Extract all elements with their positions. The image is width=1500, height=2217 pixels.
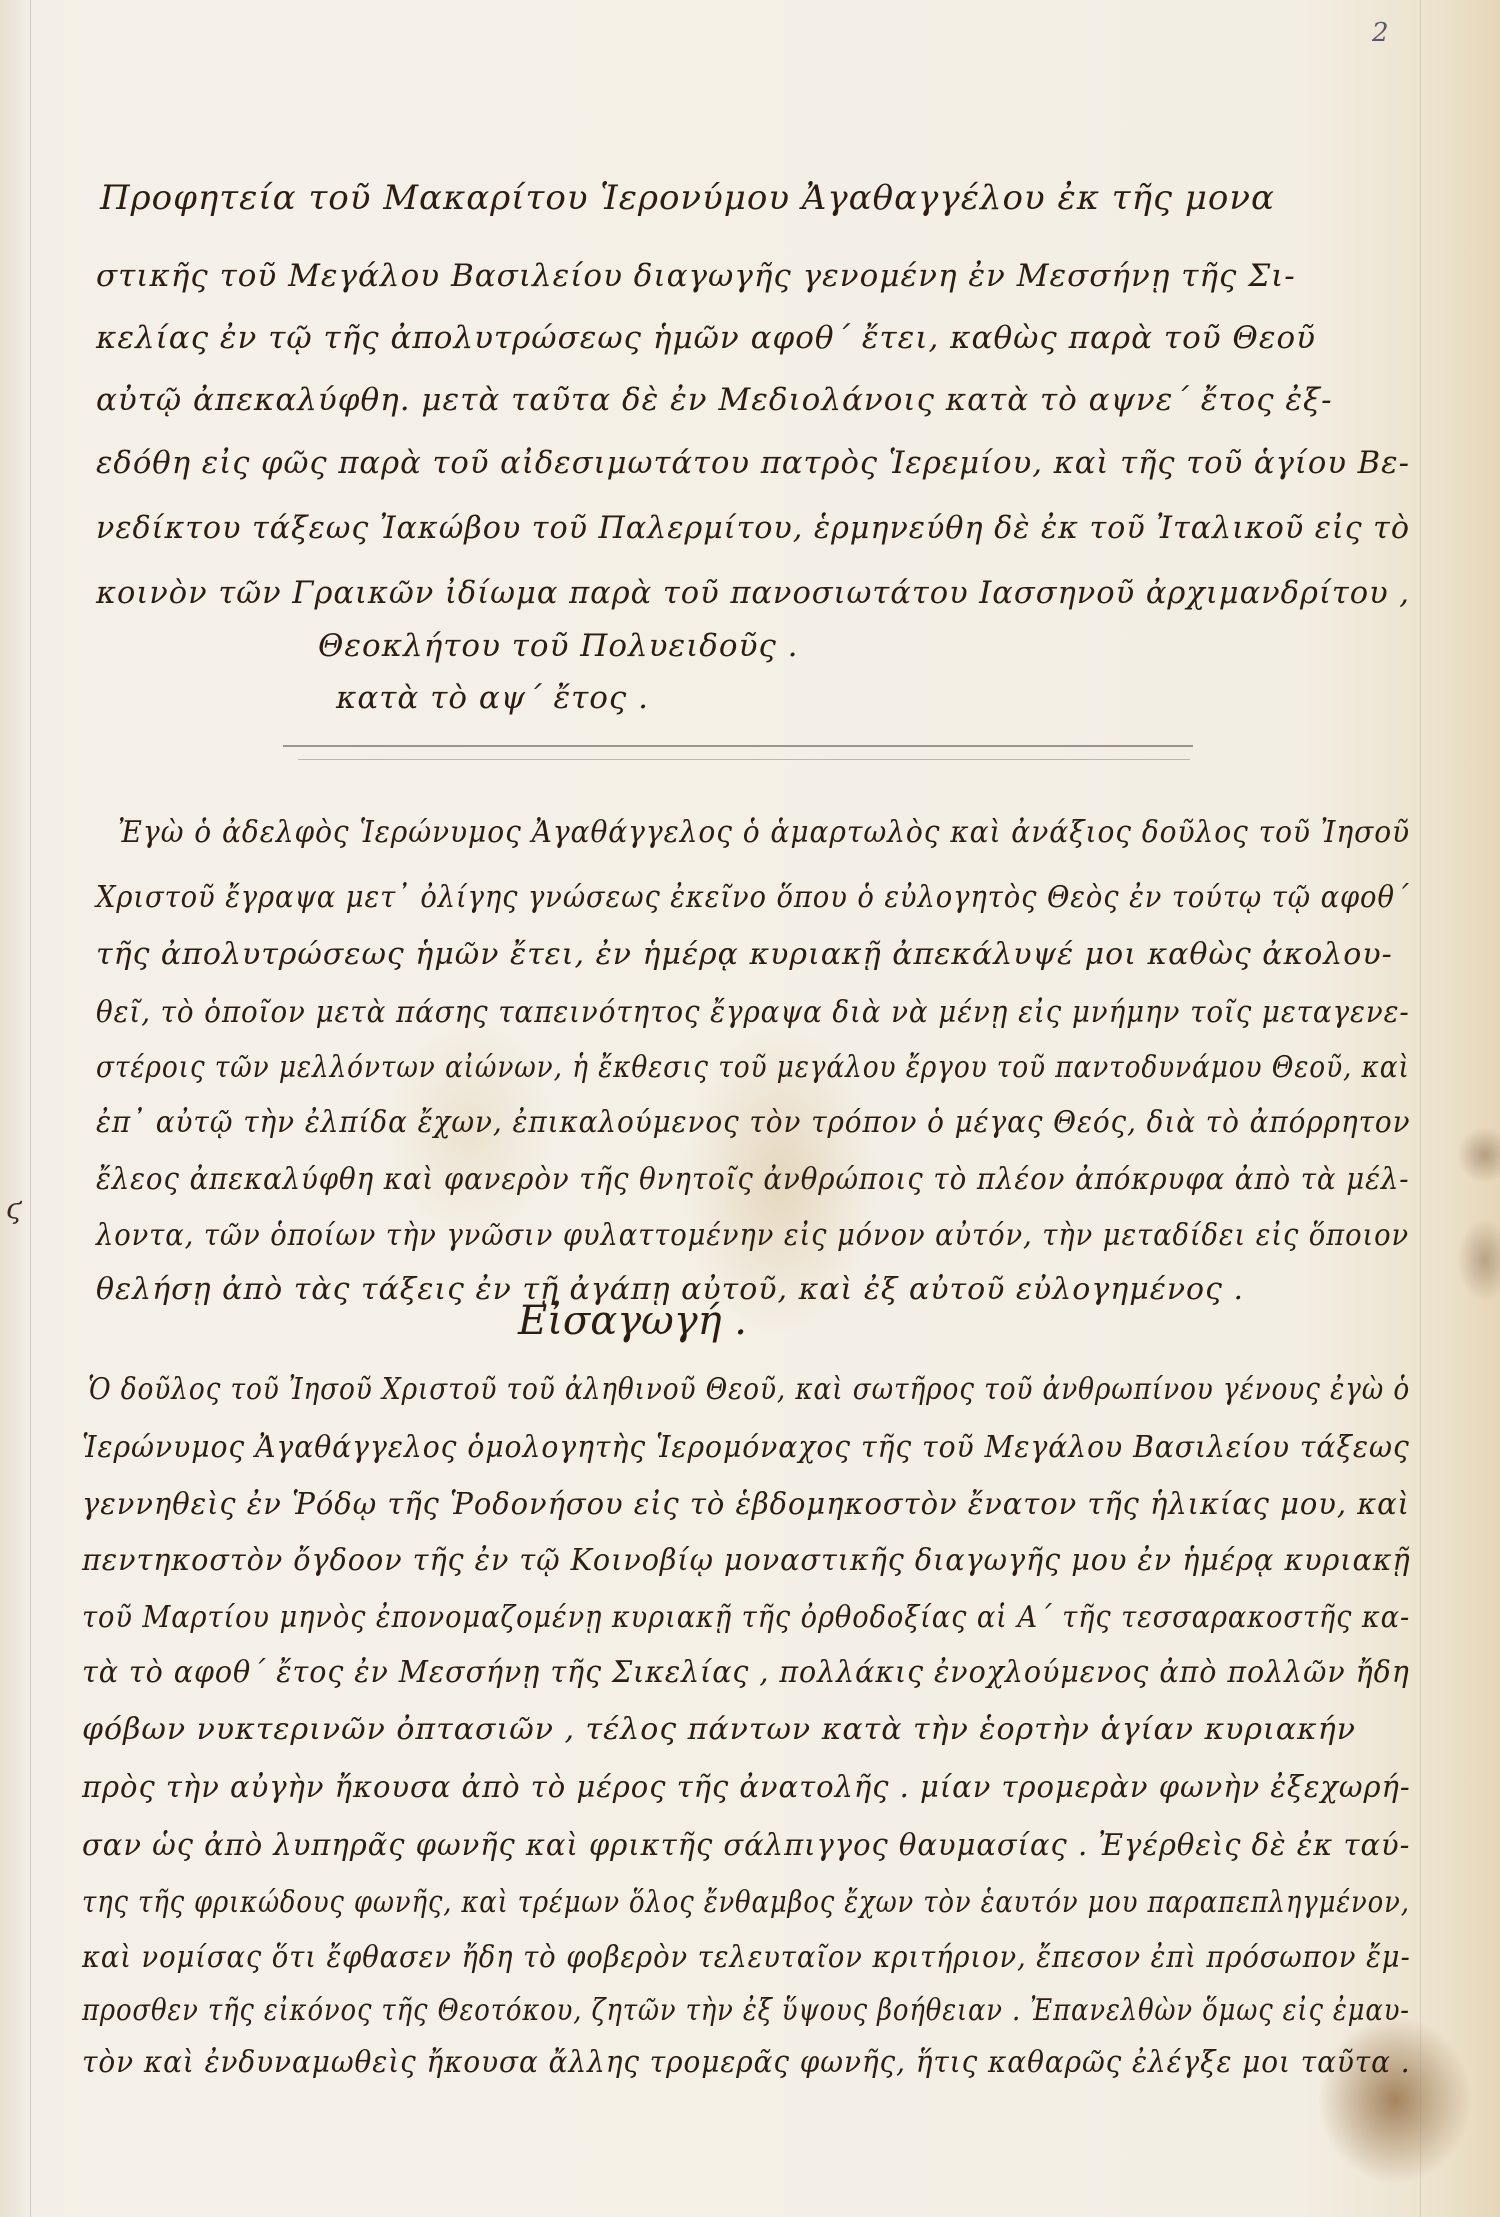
intro-line: σαν ὡς ἀπὸ λυπηρᾶς φωνῆς καὶ φρικτῆς σάλ… (82, 1828, 1410, 1863)
preface-line: Χριστοῦ ἔγραψα μετ᾽ ὀλίγης γνώσεως ἐκεῖν… (96, 880, 1409, 915)
page-number: 2 (1372, 18, 1389, 48)
preface-line: Ἐγὼ ὁ ἀδελφὸς Ἱερώνυμος Ἀγαθάγγελος ὁ ἁμ… (118, 815, 1410, 850)
preface-line: τῆς ἀπολυτρώσεως ἡμῶν ἔτει, ἐν ἡμέρᾳ κυρ… (96, 937, 1393, 972)
title-line: κελίας ἐν τῷ τῆς ἀπολυτρώσεως ἡμῶν αφοθ΄… (96, 320, 1316, 356)
title-line: κοινὸν τῶν Γραικῶν ἰδίωμα παρὰ τοῦ πανοσ… (96, 575, 1410, 611)
section-divider (283, 745, 1193, 759)
preface-line: λοντα, τῶν ὁποίων τὴν γνῶσιν φυλαττομένη… (96, 1218, 1409, 1253)
intro-line: πρὸς τὴν αὐγὴν ἤκουσα ἀπὸ τὸ μέρος τῆς ἀ… (82, 1770, 1411, 1805)
preface-line: στέροις τῶν μελλόντων αἰώνων, ἡ ἔκθεσις … (96, 1050, 1410, 1085)
divider-rule (283, 745, 1193, 747)
title-line: αὐτῷ ἀπεκαλύφθη. μετὰ ταῦτα δὲ ἐν Μεδιολ… (96, 382, 1333, 418)
intro-line: τοῦ Μαρτίου μηνὸς ἐπονομαζομένῃ κυριακῇ … (82, 1600, 1410, 1635)
manuscript-page: 2 Προφητεία τοῦ Μακαρίτου Ἱερονύμου Ἀγαθ… (0, 0, 1500, 2217)
divider-rule (298, 759, 1190, 760)
preface-line: ἔλεος ἀπεκαλύφθη καὶ φανερὸν τῆς θνητοῖς… (96, 1162, 1410, 1197)
right-margin-rule (1420, 0, 1421, 2217)
title-line: εδόθη εἰς φῶς παρὰ τοῦ αἰδεσιμωτάτου πατ… (96, 445, 1410, 481)
preface-line: θεῖ, τὸ ὁποῖον μετὰ πάσης ταπεινότητος ἔ… (96, 995, 1410, 1030)
section-heading: Εἰσαγωγή . (518, 1298, 747, 1344)
intro-line: Ἱερώνυμος Ἀγαθάγγελος ὁμολογητὴς Ἱερομόν… (82, 1430, 1410, 1465)
intro-line: γεννηθεὶς ἐν Ῥόδῳ τῆς Ῥοδονήσου εἰς τὸ ἑ… (82, 1487, 1410, 1522)
intro-line: τὸν καὶ ἐνδυναμωθεὶς ἤκουσα ἄλλης τρομερ… (82, 2045, 1411, 2080)
preface-line: ἐπ᾽ αὐτῷ τὴν ἐλπίδα ἔχων, ἐπικαλούμενος … (96, 1105, 1411, 1140)
title-line: Προφητεία τοῦ Μακαρίτου Ἱερονύμου Ἀγαθαγ… (100, 178, 1275, 218)
title-line: Θεοκλήτου τοῦ Πολυειδοῦς . (318, 628, 799, 664)
margin-annotation: ϛ (6, 1192, 22, 1225)
intro-line: τὰ τὸ αφοθ΄ ἔτος ἐν Μεσσήνῃ τῆς Σικελίας… (82, 1655, 1410, 1690)
intro-line: προσθεν τῆς εἰκόνος τῆς Θεοτόκου, ζητῶν … (82, 1993, 1410, 2028)
intro-line: πεντηκοστὸν ὄγδοον τῆς ἐν τῷ Κοινοβίῳ μο… (82, 1543, 1411, 1578)
intro-line: φόβων νυκτερινῶν ὀπτασιῶν , τέλος πάντων… (82, 1712, 1356, 1747)
title-line: νεδίκτου τάξεως Ἰακώβου τοῦ Παλερμίτου, … (96, 510, 1410, 546)
title-line: στικῆς τοῦ Μεγάλου Βασιλείου διαγωγῆς γε… (96, 258, 1296, 294)
title-dating-line: κατὰ τὸ αψ΄ ἔτος . (336, 680, 649, 716)
intro-line: Ὁ δοῦλος τοῦ Ἰησοῦ Χριστοῦ τοῦ ἀληθινοῦ … (88, 1372, 1410, 1407)
intro-line: καὶ νομίσας ὅτι ἔφθασεν ἤδη τὸ φοβερὸν τ… (82, 1940, 1411, 1975)
left-margin-rule (30, 0, 31, 2217)
intro-line: της τῆς φρικώδους φωνῆς, καὶ τρέμων ὅλος… (82, 1885, 1410, 1920)
